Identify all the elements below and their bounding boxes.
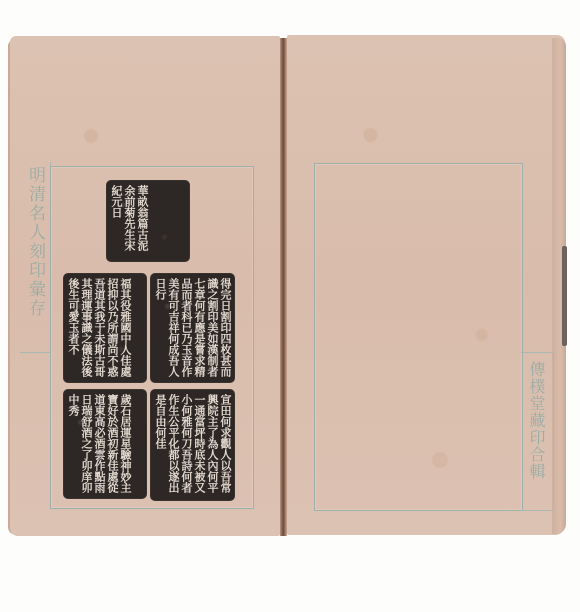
right-margin-label: 傳樸堂藏印合輯 (528, 361, 544, 480)
left-margin-title-column: 明清名人刻印彙存 (20, 162, 51, 353)
seal-inscription: 華畝翁篇古泥余前菊先生宋紀元日 (107, 181, 152, 261)
seal-rubbing-middle-right: 得完日割印四枚甚而識之割印美如漢制者七章何有應是嘗求精品而者科已乃玉音作美有可吉… (151, 274, 234, 382)
seal-inscription: 福其役雅國中人佳處招抑以乃所謂尚不惑吾道其我于未斯古哥其理運事識之儀法後後生可愛… (64, 274, 135, 382)
seal-inscription: 宣田何求觀人以吾常興院主了為人內何平一通當坪時底未被又小何雅何刀吾詩何者作生公平… (151, 390, 235, 500)
right-page-frame (314, 163, 523, 511)
bookmark-ribbon (562, 246, 567, 346)
seal-rubbing-middle-left: 福其役雅國中人佳處招抑以乃所謂尚不惑吾道其我于未斯古哥其理運事識之儀法後後生可愛… (64, 274, 146, 382)
book-spine-gutter (280, 38, 287, 536)
left-margin-title: 明清名人刻印彙存 (26, 166, 43, 318)
open-book: 明清名人刻印彙存 華畝翁篇古泥余前菊先生宋紀元日 福其役雅國中人佳處招抑以乃所謂… (0, 0, 580, 612)
right-margin-label-column: 傳樸堂藏印合輯 (521, 352, 554, 511)
seal-inscription: 歲石居運星驗神妙主寶好於酒初新佳處從道東高必酒雲作點雨日瑞舒酒之了卯庠卯中秀 (64, 390, 135, 498)
seal-rubbing-top: 華畝翁篇古泥余前菊先生宋紀元日 (107, 181, 189, 261)
seal-rubbing-bottom-right: 宣田何求觀人以吾常興院主了為人內何平一通當坪時底未被又小何雅何刀吾詩何者作生公平… (151, 390, 234, 500)
seal-rubbing-bottom-left: 歲石居運星驗神妙主寶好於酒初新佳處從道東高必酒雲作點雨日瑞舒酒之了卯庠卯中秀 (64, 390, 146, 498)
seal-inscription: 得完日割印四枚甚而識之割印美如漢制者七章何有應是嘗求精品而者科已乃玉音作美有可吉… (151, 274, 235, 382)
